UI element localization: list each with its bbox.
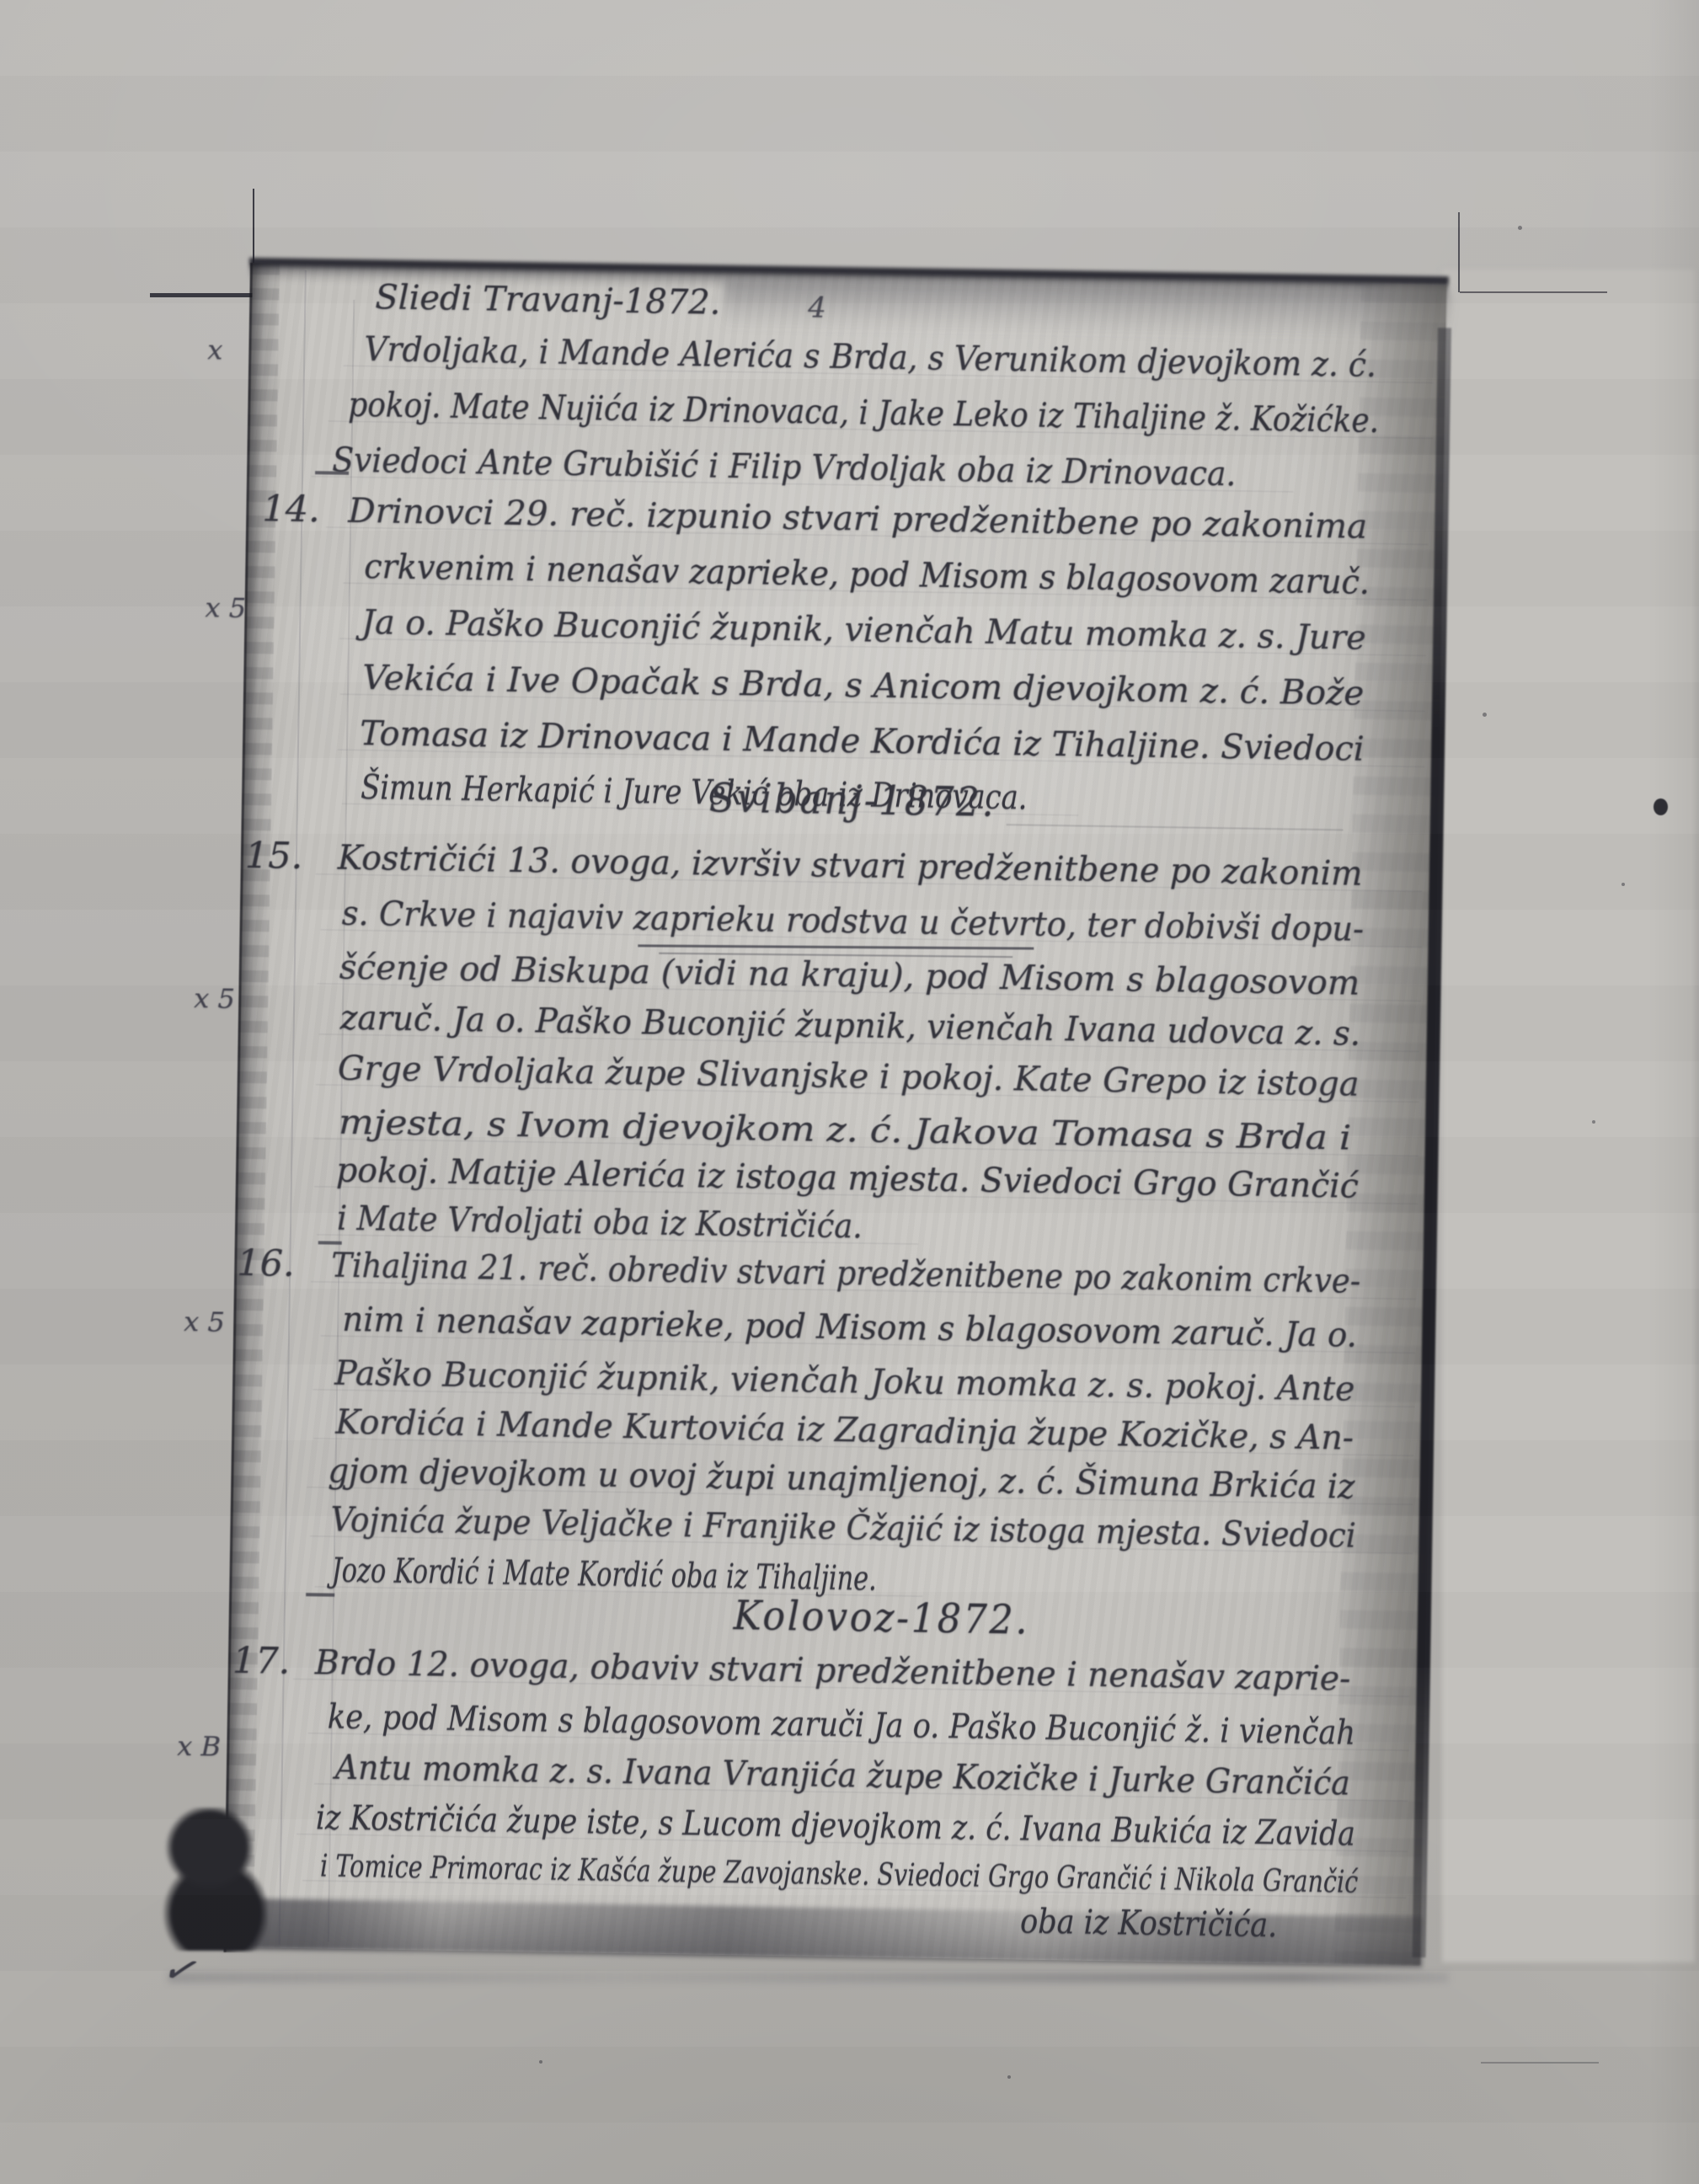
entry-line: mjesta, s Ivom djevojkom z. ć. Jakova To… [339, 1103, 1352, 1158]
entry-closing-line: oba iz Kostričića. [1020, 1903, 1278, 1946]
crop-mark-top-right-horizontal [1460, 291, 1607, 293]
entry-line: Brdo 12. ovoga, obaviv stvari predženitb… [315, 1643, 1351, 1698]
speck [1483, 713, 1487, 717]
entry-line: Drinovci 29. reč. izpunio stvari predžen… [348, 492, 1368, 547]
entry-line: crkvenim i nenašav zaprieke, pod Misom s… [364, 547, 1370, 602]
heading-continuation: Sliedi Travanj-1872. [375, 278, 721, 322]
margin-mark: x B [177, 1731, 221, 1763]
entry-line: gjom djevojkom u ovoj župi unajmljenoj, … [328, 1452, 1355, 1507]
margin-mark: x 5 [184, 1306, 225, 1338]
margin-mark: x [207, 334, 223, 366]
entry-number: 16. [237, 1243, 295, 1286]
entry-line: Kordića i Mande Kurtovića iz Zagradinja … [335, 1403, 1354, 1458]
entry-line: Jozo Kordić i Mate Kordić oba iz Tihalji… [331, 1551, 877, 1599]
crop-mark-top-left-horizontal [150, 293, 261, 297]
ink-dot [1654, 798, 1668, 815]
month-header: Kolovoz-1872. [733, 1593, 1029, 1644]
continuation-line: Vrdoljaka, i Mande Alerića s Brda, s Ver… [364, 330, 1376, 385]
speck [1592, 1120, 1595, 1124]
entry-line: Antu momka z. s. Ivana Vranjića župe Koz… [335, 1749, 1351, 1803]
entry-line: i Mate Vrdoljati oba iz Kostričića. [337, 1199, 863, 1247]
entry-line: Tomasa iz Drinovaca i Mande Kordića iz T… [360, 714, 1365, 769]
entry-line: ke, pod Misom s blagosovom zaruči Ja o. … [328, 1698, 1356, 1753]
entry-number: 15. [245, 836, 303, 878]
entry-number: 17. [232, 1641, 291, 1684]
crop-mark-bottom-right-dash [1481, 2062, 1599, 2064]
entry-line: Vekića i Ive Opačak s Brda, s Anicom dje… [362, 659, 1365, 713]
page-number: 4 [808, 291, 826, 324]
entry-line: nim i nenašav zaprieke, pod Misom s blag… [342, 1300, 1357, 1355]
document-photo: Sliedi Travanj-1872. 4 Vrdoljaka, i Mand… [0, 0, 1699, 2184]
entry-line: Vojnića župe Veljačke i Franjike Čžajić … [330, 1501, 1356, 1556]
entry-line: zaruč. Ja o. Paško Buconjić župnik, vien… [340, 999, 1361, 1054]
entry-line: s. Crkve i najaviv zaprieku rodstva u če… [342, 894, 1365, 949]
backing-sheet [1442, 270, 1695, 1962]
speck [1518, 226, 1522, 230]
entry-line: iz Kostričića župe iste, s Lucom djevojk… [316, 1798, 1356, 1853]
continuation-line: pokoj. Mate Nujića iz Drinovaca, i Jake … [348, 386, 1379, 441]
entry-line: i Tomice Primorac iz Kašća župe Zavojans… [320, 1849, 1359, 1900]
speck [539, 2060, 542, 2064]
margin-dash [315, 471, 349, 475]
speck [1622, 883, 1625, 886]
top-edge-wash [724, 280, 1449, 341]
entry-line: pokoj. Matije Alerića iz istoga mjesta. … [336, 1151, 1360, 1206]
entry-line: šćenje od Biskupa (vidi na kraju), pod M… [339, 948, 1360, 1003]
entry-line: Kostričići 13. ovoga, izvršiv stvari pre… [338, 839, 1363, 894]
entry-line: Ja o. Paško Buconjić župnik, vienčah Mat… [361, 603, 1366, 658]
entry-line: Tihaljina 21. reč. obrediv stvari predže… [331, 1247, 1361, 1301]
margin-mark: x 5 [194, 983, 235, 1015]
crop-mark-top-right-vertical [1458, 212, 1460, 292]
speck [1007, 2075, 1011, 2079]
hand-underline [638, 944, 1034, 949]
month-header: Svibanj-1872. [709, 776, 996, 827]
margin-dash [306, 1593, 334, 1597]
entry-number: 14. [262, 489, 320, 531]
continuation-line: Sviedoci Ante Grubišić i Filip Vrdoljak … [332, 441, 1237, 494]
check-mark: ✓ [158, 1945, 200, 1995]
entry-line: Paško Buconjić župnik, vienčah Joku momk… [334, 1354, 1355, 1409]
ruled-line-fragment [1007, 824, 1344, 830]
margin-dash [318, 1241, 342, 1244]
ink-blot [160, 1808, 268, 1951]
register-page-scan: Sliedi Travanj-1872. 4 Vrdoljaka, i Mand… [227, 263, 1446, 1966]
entry-line: Grge Vrdoljaka župe Slivanjske i pokoj. … [338, 1049, 1360, 1104]
crop-mark-top-left-vertical [253, 189, 254, 270]
margin-mark: x 5 [205, 592, 246, 624]
below-page-streak [168, 1973, 1449, 1983]
